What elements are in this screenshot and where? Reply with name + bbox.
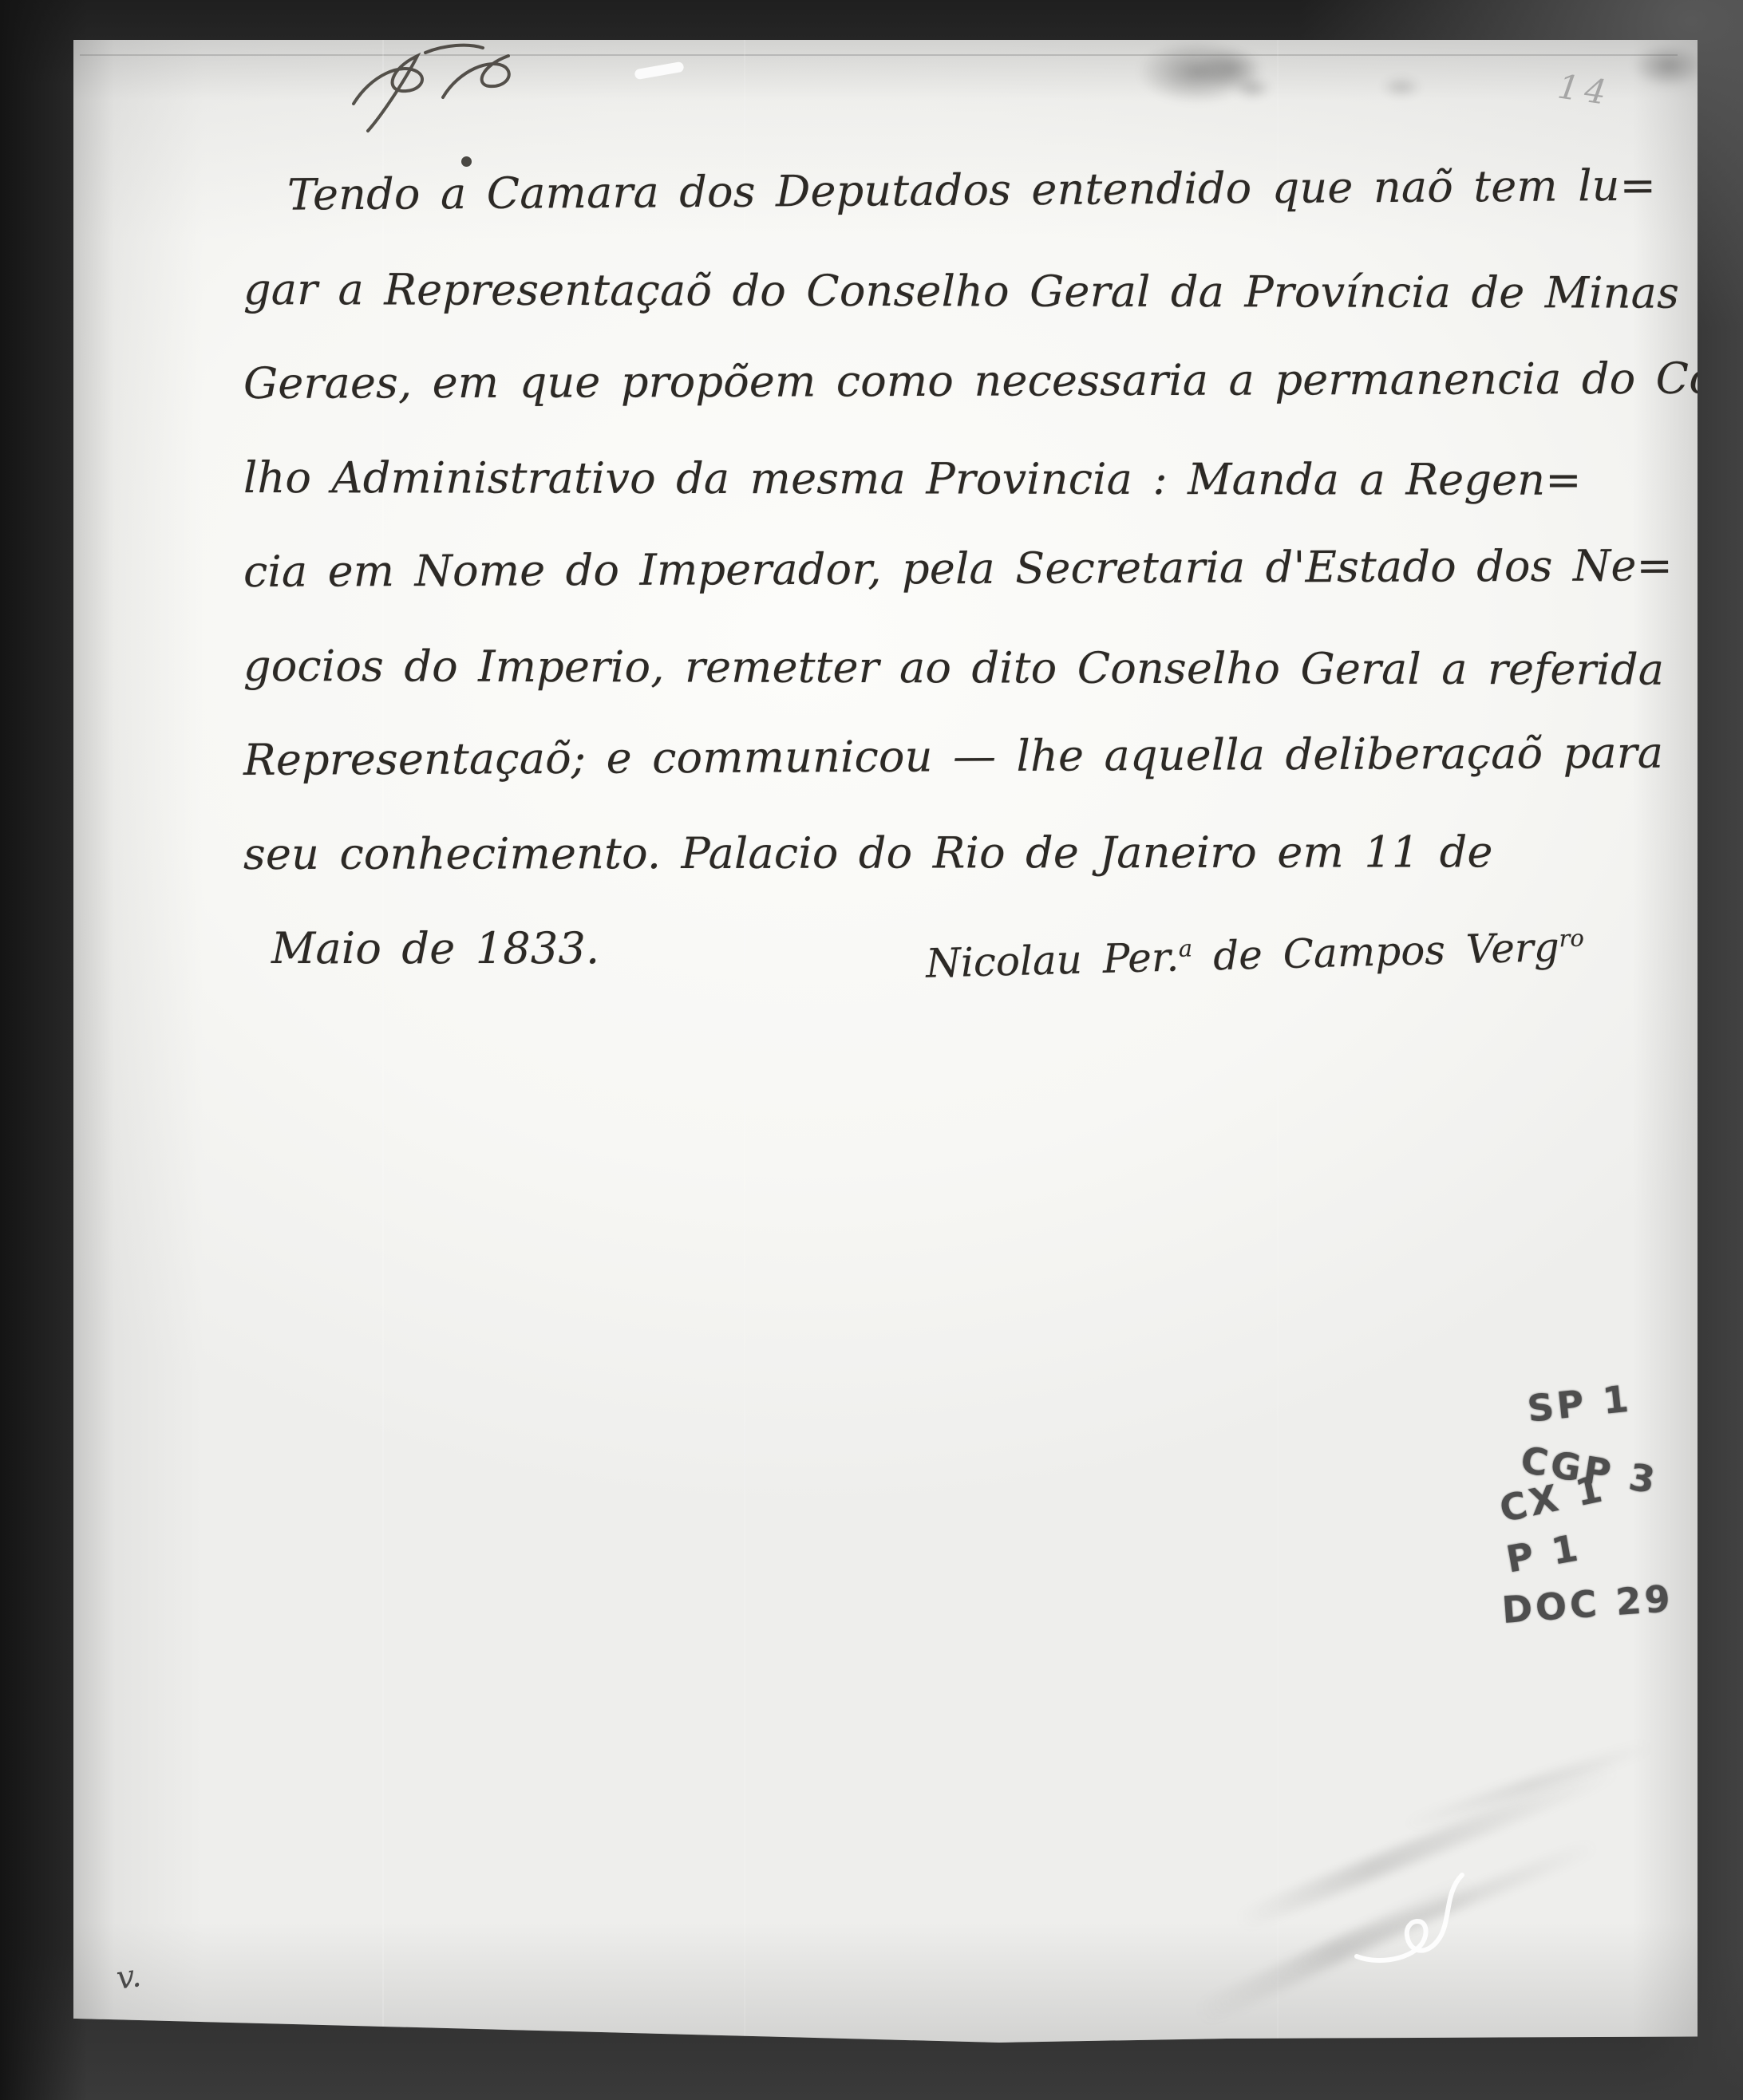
ink-smudge (1381, 76, 1422, 98)
page-number-pencil: 14 (1555, 67, 1615, 113)
manuscript-line: gar a Representaçaõ do Conselho Geral da… (243, 243, 1688, 341)
manuscript-line: lho Administrativo da mesma Provincia : … (243, 431, 1688, 527)
flourish-icon (349, 40, 540, 134)
white-scratch (634, 61, 684, 81)
manuscript-line: cia em Nome do Imperador, pela Secretari… (243, 519, 1688, 619)
manuscript-paper: Tendo a Camara dos Deputados entendido q… (73, 40, 1698, 2043)
signature-text: Nicolau Per. (925, 934, 1179, 987)
signature-superscript: ro (1559, 925, 1584, 953)
scanned-page-backdrop: Tendo a Camara dos Deputados entendido q… (0, 0, 1743, 2100)
archival-stamp-line: SP 1 (1525, 1366, 1709, 1435)
ink-smudge (1632, 44, 1705, 88)
ink-smudge (1233, 76, 1271, 100)
manuscript-line: seu conhecimento. Palacio do Rio de Jane… (243, 805, 1688, 902)
sheet-edge-line (80, 54, 1678, 56)
fiber-scratch-icon (1349, 1859, 1500, 1979)
signature-text: de Campos Verg (1192, 924, 1560, 980)
manuscript-line: Representaçaõ; e communicou — lhe aquell… (243, 706, 1689, 807)
manuscript-line: Tendo a Camara dos Deputados entendido q… (243, 138, 1689, 243)
archival-stamp: SP 1 CGP 3 CX 1 P 1 DOC 29 (1500, 1384, 1708, 1636)
manuscript-text-block: Tendo a Camara dos Deputados entendido q… (243, 148, 1688, 996)
manuscript-line: Geraes, em que propõem como necessaria a… (243, 332, 1688, 431)
manuscript-line: gocios do Imperio, remetter ao dito Cons… (243, 619, 1688, 717)
signature-superscript: a (1178, 934, 1192, 961)
ink-dot (461, 156, 472, 167)
pencil-smudge (1401, 1739, 1656, 1832)
verso-mark: v. (114, 1957, 144, 1997)
